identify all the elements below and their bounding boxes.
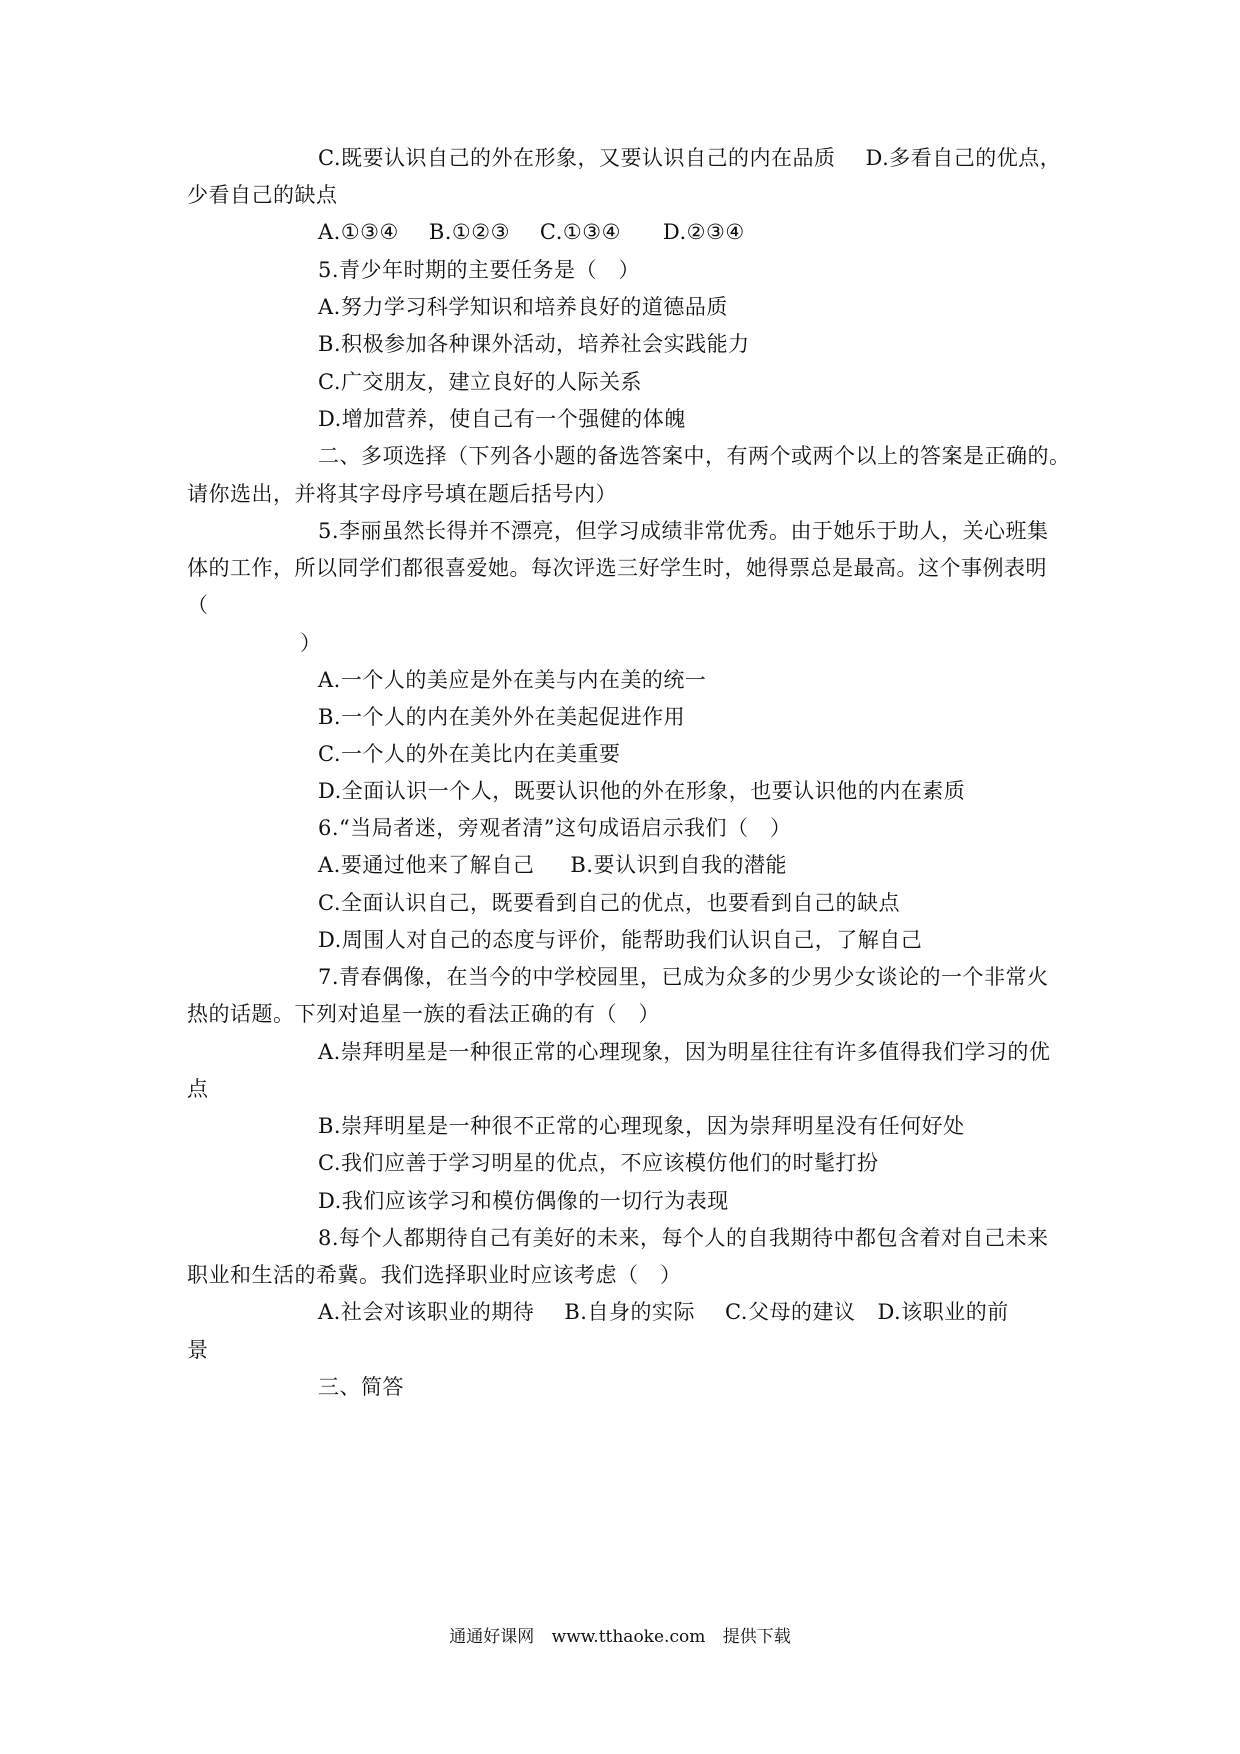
- mq7-stem: 7.青春偶像，在当今的中学校园里，已成为众多的少男少女谈论的一个非常火: [318, 963, 1049, 991]
- mq5-option-a: A.一个人的美应是外在美与内在美的统一: [318, 666, 706, 694]
- question-5-option-a: A.努力学习科学知识和培养良好的道德品质: [318, 293, 728, 321]
- section-2-heading: 二、多项选择（下列各小题的备选答案中，有两个或两个以上的答案是正确的。: [318, 442, 1071, 470]
- question-5-option-c: C.广交朋友，建立良好的人际关系: [318, 368, 642, 396]
- mq7-option-d: D.我们应该学习和模仿偶像的一切行为表现: [318, 1187, 729, 1215]
- answer-d: D.②③④: [663, 220, 745, 244]
- document-page: C.既要认识自己的外在形象，又要认识自己的内在品质D.多看自己的优点， 少看自己…: [0, 0, 1240, 1754]
- mq7-stem-cont: 热的话题。下列对追星一族的看法正确的有（ ）: [187, 1000, 660, 1028]
- mq7-option-b: B.崇拜明星是一种很不正常的心理现象，因为崇拜明星没有任何好处: [318, 1112, 965, 1140]
- mq8-stem-cont: 职业和生活的希冀。我们选择职业时应该考虑（ ）: [187, 1261, 682, 1289]
- mq6-options-ab: A.要通过他来了解自己B.要认识到自我的潜能: [318, 851, 787, 879]
- answer-choices: A.①③④B.①②③C.①③④D.②③④: [318, 218, 745, 246]
- option-continuation: 少看自己的缺点: [187, 181, 338, 209]
- mq6-option-d: D.周围人对自己的态度与评价，能帮助我们认识自己，了解自己: [318, 926, 922, 954]
- mq8-options: A.社会对该职业的期待B.自身的实际C.父母的建议D.该职业的前: [318, 1298, 1009, 1326]
- mq8-option-d-cont: 景: [187, 1336, 209, 1364]
- mq8-option-c: C.父母的建议: [725, 1300, 856, 1324]
- mq5-option-c: C.一个人的外在美比内在美重要: [318, 740, 621, 768]
- option-c: C.既要认识自己的外在形象，又要认识自己的内在品质: [318, 146, 836, 170]
- footer-site-name: 通通好课网: [449, 1627, 534, 1647]
- section-2-heading-cont: 请你选出，并将其字母序号填在题后括号内）: [187, 480, 617, 508]
- footer-url[interactable]: www.tthaoke.com: [552, 1627, 706, 1647]
- section-3-heading: 三、简答: [318, 1373, 404, 1401]
- mq8-option-d: D.该职业的前: [877, 1300, 1008, 1324]
- question-5-stem: 5.青少年时期的主要任务是（ ）: [318, 256, 640, 284]
- mq5-option-d: D.全面认识一个人，既要认识他的外在形象，也要认识他的内在素质: [318, 777, 965, 805]
- mq5-stem: 5.李丽虽然长得并不漂亮，但学习成绩非常优秀。由于她乐于助人，关心班集: [318, 517, 1049, 545]
- question-5-option-d: D.增加营养，使自己有一个强健的体魄: [318, 405, 686, 433]
- mq5-stem-cont: 体的工作，所以同学们都很喜爱她。每次评选三好学生时，她得票总是最高。这个事例表明: [187, 554, 1047, 582]
- mq6-option-a: A.要通过他来了解自己: [318, 853, 534, 877]
- footer-suffix: 提供下载: [723, 1627, 791, 1647]
- answer-b: B.①②③: [429, 220, 510, 244]
- option-line: C.既要认识自己的外在形象，又要认识自己的内在品质D.多看自己的优点，: [318, 144, 1061, 172]
- mq8-option-a: A.社会对该职业的期待: [318, 1300, 534, 1324]
- question-5-option-b: B.积极参加各种课外活动，培养社会实践能力: [318, 330, 750, 358]
- mq6-option-b: B.要认识到自我的潜能: [570, 853, 787, 877]
- mq8-stem: 8.每个人都期待自己有美好的未来，每个人的自我期待中都包含着对自己未来: [318, 1224, 1049, 1252]
- mq6-option-c: C.全面认识自己，既要看到自己的优点，也要看到自己的缺点: [318, 889, 900, 917]
- mq5-paren-open: （: [187, 591, 209, 619]
- mq7-option-a-cont: 点: [187, 1075, 209, 1103]
- footer: 通通好课网 www.tthaoke.com 提供下载: [0, 1622, 1240, 1647]
- answer-c: C.①③④: [540, 220, 621, 244]
- option-d: D.多看自己的优点，: [866, 146, 1062, 170]
- mq5-option-b: B.一个人的内在美外外在美起促进作用: [318, 703, 685, 731]
- mq7-option-a: A.崇拜明星是一种很正常的心理现象，因为明星往往有许多值得我们学习的优: [318, 1038, 1050, 1066]
- mq6-stem: 6.“当局者迷，旁观者清”这句成语启示我们（ ）: [318, 814, 792, 842]
- answer-a: A.①③④: [318, 220, 399, 244]
- mq8-option-b: B.自身的实际: [564, 1300, 695, 1324]
- mq7-option-c: C.我们应善于学习明星的优点，不应该模仿他们的时髦打扮: [318, 1149, 879, 1177]
- mq5-paren-close: ）: [300, 629, 322, 657]
